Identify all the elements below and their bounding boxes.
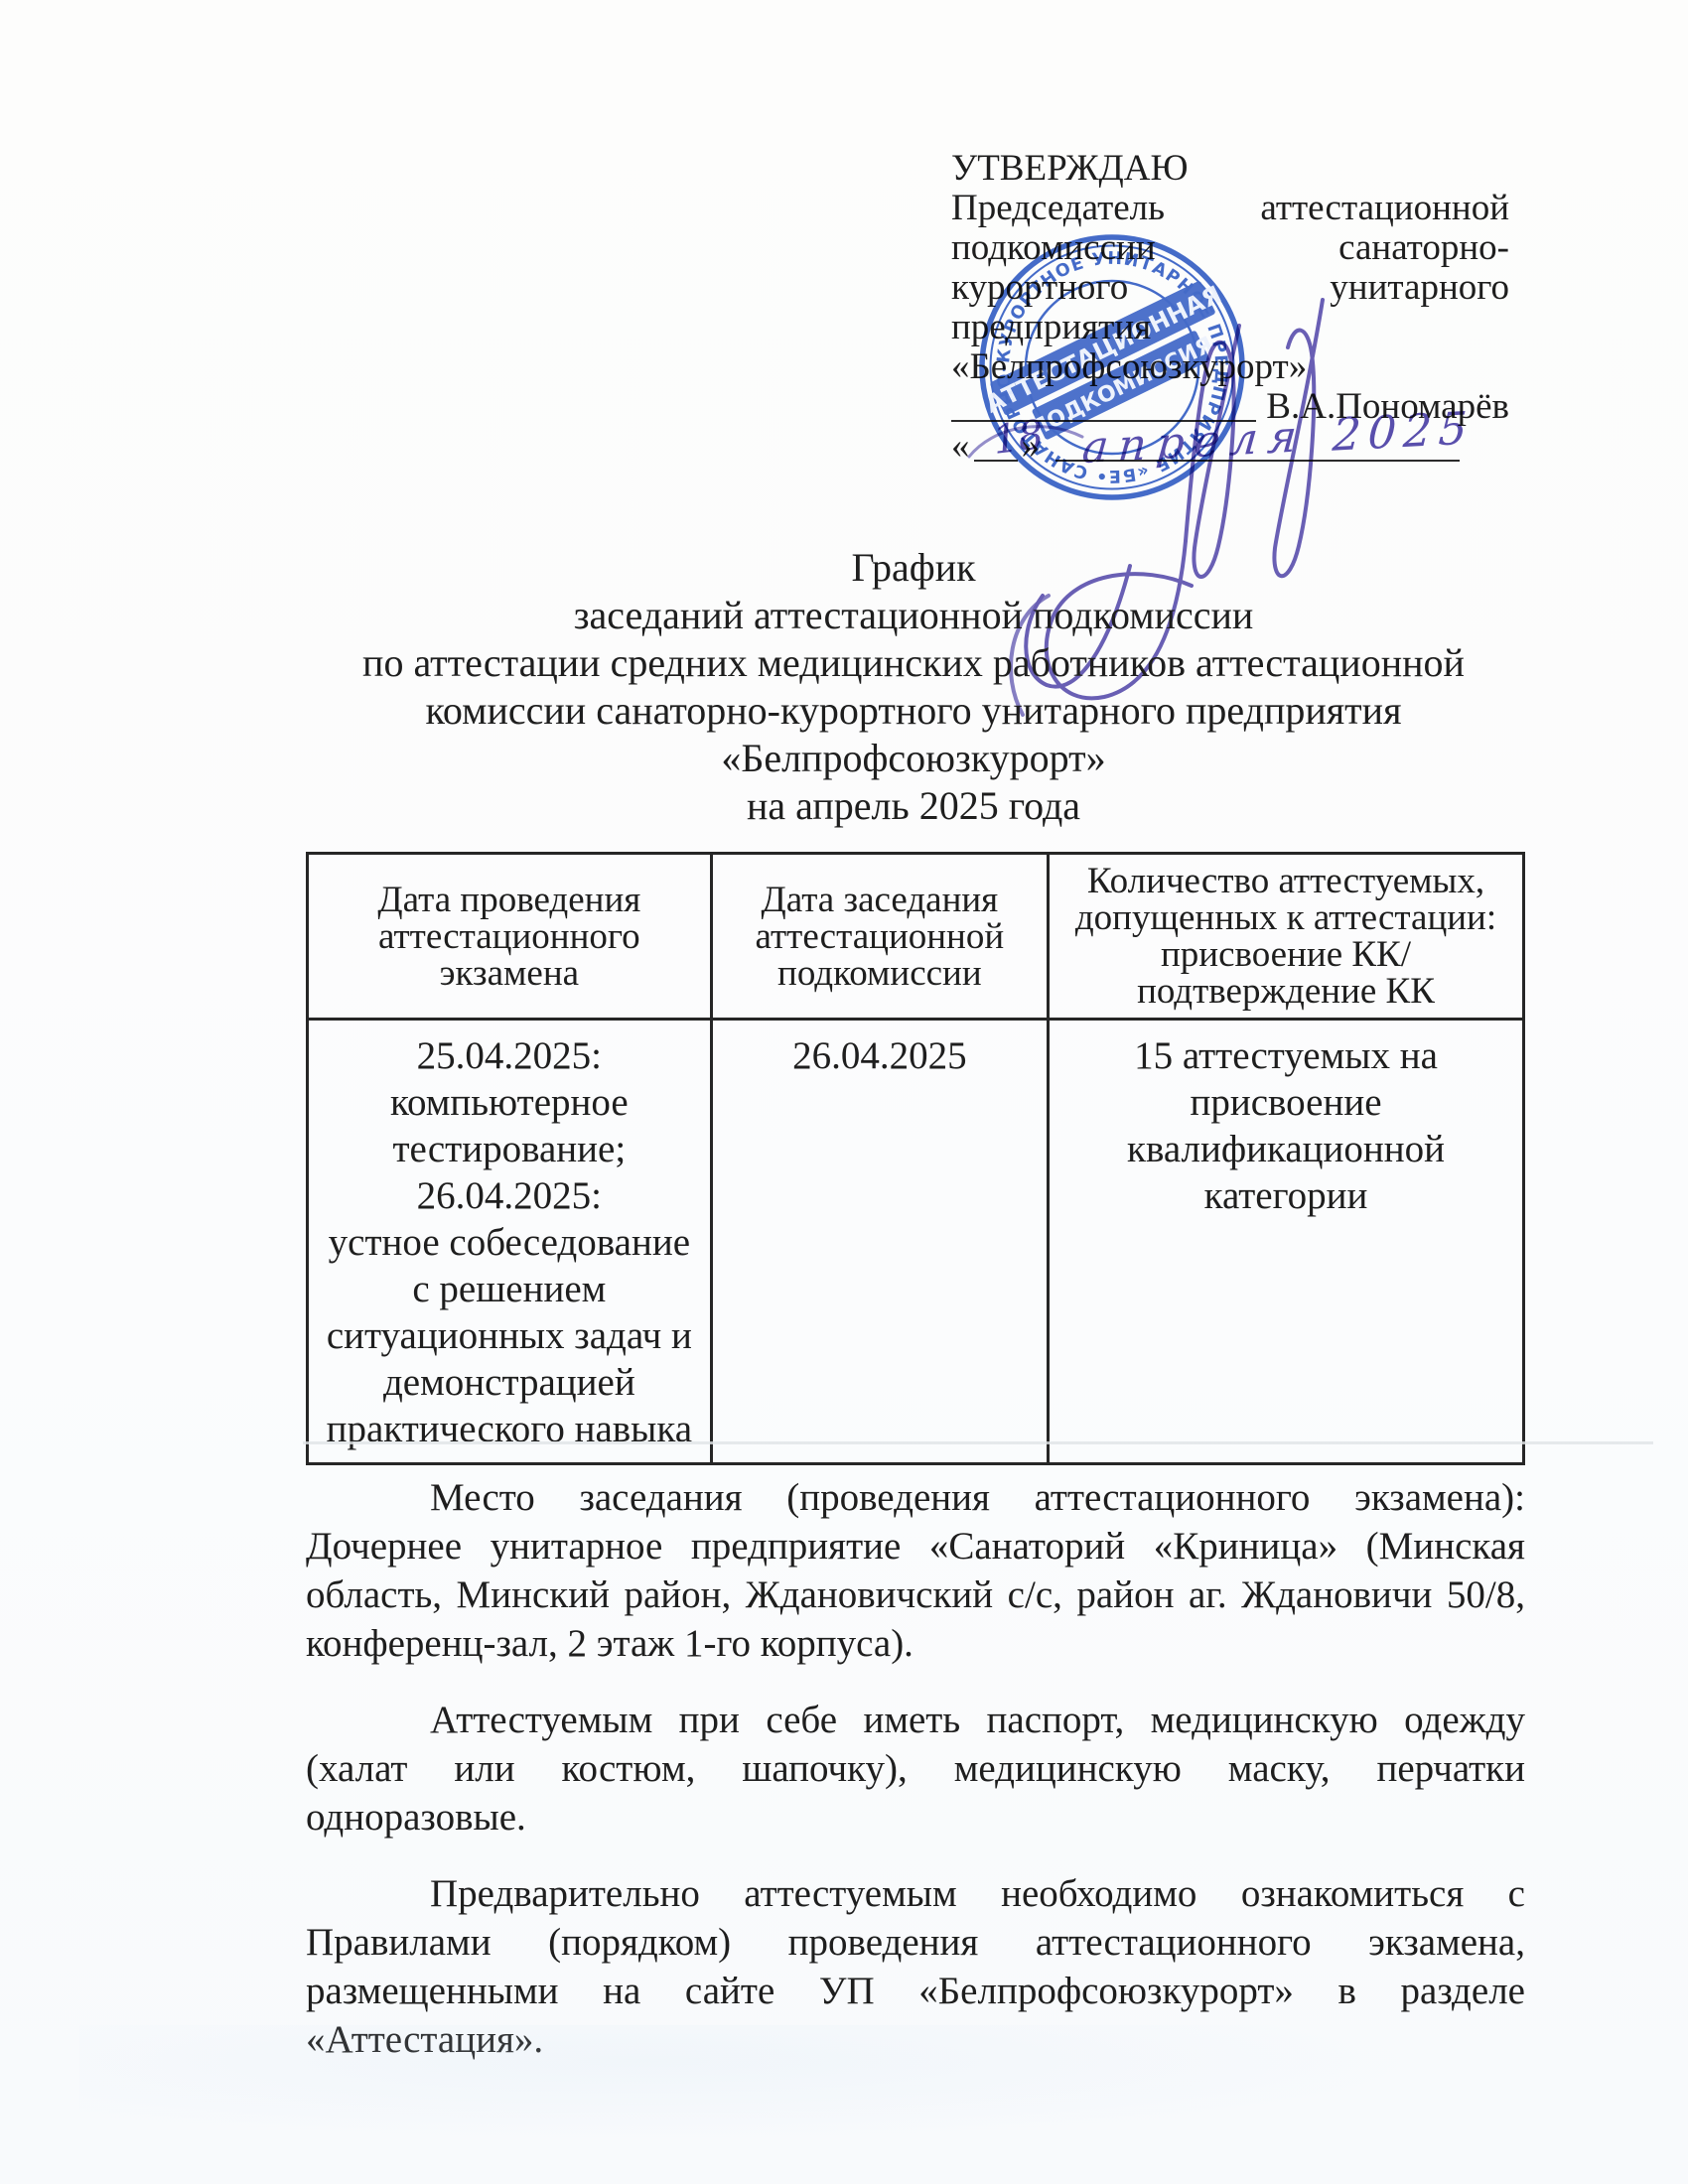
cell-exam-dates: 25.04.2025: компьютерное тестирование; 2…	[308, 1020, 712, 1464]
body-text: Место заседания (проведения аттестационн…	[306, 1473, 1525, 2092]
cell-line: устное собеседование	[319, 1219, 700, 1266]
title-line-1: График	[298, 544, 1529, 592]
document-title: График заседаний аттестационной подкомис…	[298, 544, 1529, 830]
schedule-table: Дата проведения аттестационного экзамена…	[306, 852, 1525, 1465]
cell-meeting-date: 26.04.2025	[711, 1020, 1048, 1464]
paragraph-venue: Место заседания (проведения аттестационн…	[306, 1473, 1525, 1668]
title-line-5: «Белпрофсоюзкурорт»	[298, 735, 1529, 782]
document-page: УТВЕРЖДАЮ Председатель аттестационной по…	[0, 0, 1688, 2184]
cell-line: квалификационной	[1059, 1126, 1512, 1172]
cell-line: с решением	[319, 1266, 700, 1312]
header-cell-line: присвоение КК/	[1055, 936, 1516, 973]
approval-line2-right: аттестационной	[1260, 189, 1509, 228]
header-cell-line: подкомиссии	[719, 955, 1041, 992]
header-cell-line: Количество аттестуемых,	[1055, 863, 1516, 899]
title-line-4: комиссии санаторно-курортного унитарного…	[298, 687, 1529, 735]
header-meeting-date: Дата заседания аттестационной подкомисси…	[711, 854, 1048, 1020]
header-exam-date: Дата проведения аттестационного экзамена	[308, 854, 712, 1020]
header-cell-line: экзамена	[315, 955, 704, 992]
cell-line: присвоение	[1059, 1079, 1512, 1126]
cell-line: практического навыка	[319, 1406, 700, 1452]
cell-line: ситуационных задач и	[319, 1312, 700, 1359]
table-row: 25.04.2025: компьютерное тестирование; 2…	[308, 1020, 1524, 1464]
header-cell-line: Дата заседания	[719, 882, 1041, 918]
table-header-row: Дата проведения аттестационного экзамена…	[308, 854, 1524, 1020]
cell-line: категории	[1059, 1172, 1512, 1219]
cell-line: 26.04.2025:	[319, 1172, 700, 1219]
header-candidates-count: Количество аттестуемых, допущенных к атт…	[1049, 854, 1524, 1020]
title-line-6: на апрель 2025 года	[298, 782, 1529, 830]
header-cell-line: аттестационной	[719, 918, 1041, 955]
header-cell-line: Дата проведения	[315, 882, 704, 918]
header-cell-line: подтверждение КК	[1055, 973, 1516, 1010]
title-line-3: по аттестации средних медицинских работн…	[298, 639, 1529, 687]
cell-line: тестирование;	[319, 1126, 700, 1172]
cell-line: 15 аттестуемых на	[1059, 1032, 1512, 1079]
title-line-2: заседаний аттестационной подкомиссии	[298, 592, 1529, 639]
scan-artifact-tint	[79, 2025, 1489, 2144]
cell-line: демонстрацией	[319, 1359, 700, 1406]
cell-line: компьютерное	[319, 1079, 700, 1126]
header-cell-line: допущенных к аттестации:	[1055, 899, 1516, 936]
handwritten-year: 2025	[1332, 401, 1476, 462]
approval-heading: УТВЕРЖДАЮ	[951, 149, 1509, 189]
header-cell-line: аттестационного	[315, 918, 704, 955]
paragraph-requirements: Аттестуемым при себе иметь паспорт, меди…	[306, 1696, 1525, 1842]
cell-candidates: 15 аттестуемых на присвоение квалификаци…	[1049, 1020, 1524, 1464]
scan-artifact-line	[303, 1441, 1653, 1444]
cell-line: 26.04.2025	[723, 1032, 1037, 1079]
handwritten-day: 18	[990, 412, 1046, 464]
cell-line: 25.04.2025:	[319, 1032, 700, 1079]
